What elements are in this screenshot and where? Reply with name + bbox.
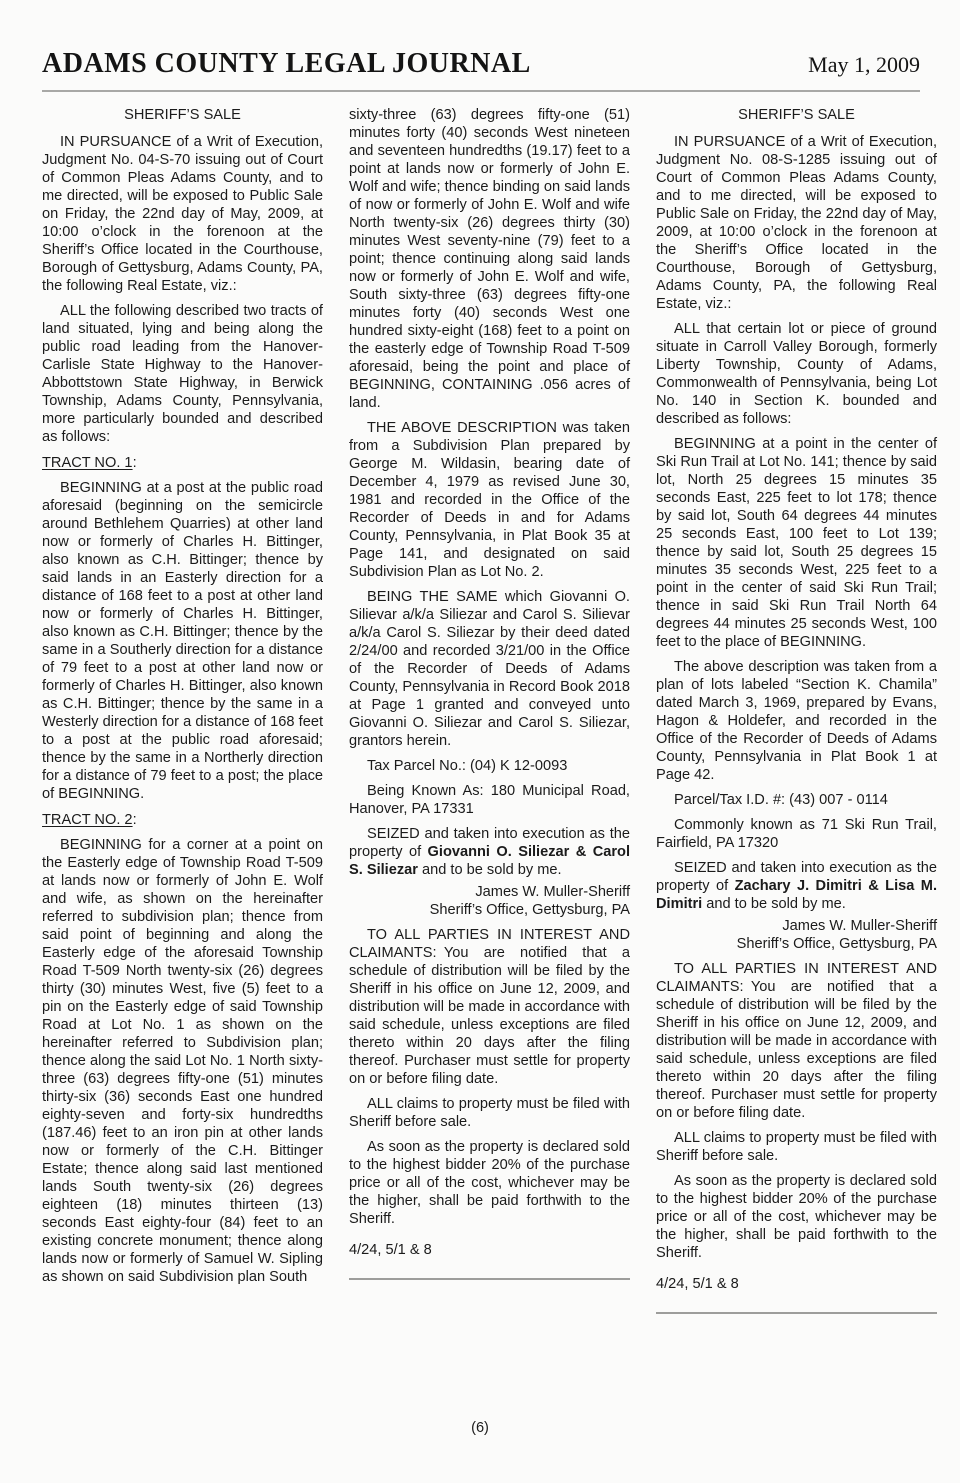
paragraph: The above description was taken from a p… [656, 658, 937, 784]
paragraph: Being Known As: 180 Municipal Road, Hano… [349, 782, 630, 818]
page-number: (6) [471, 1420, 489, 1436]
paragraph: TO ALL PARTIES IN INTEREST AND CLAIMANTS… [656, 960, 937, 1122]
tract-heading: TRACT NO. 2: [42, 811, 323, 829]
signature-line: James W. Muller-Sheriff [349, 883, 630, 901]
paragraph: BEGINNING for a corner at a point on the… [42, 836, 323, 1286]
page-header: ADAMS COUNTY LEGAL JOURNAL May 1, 2009 [42, 48, 920, 80]
paragraph: SEIZED and taken into execution as the p… [656, 859, 937, 913]
publication-code: 4/24, 5/1 & 8 [349, 1241, 630, 1259]
tract-heading-text: TRACT NO. 2 [42, 812, 133, 828]
column-3: SHERIFF’S SALEIN PURSUANCE of a Writ of … [656, 106, 937, 1314]
column-1: SHERIFF’S SALEIN PURSUANCE of a Writ of … [42, 106, 323, 1314]
paragraph: ALL the following described two tracts o… [42, 302, 323, 446]
paragraph: ALL claims to property must be filed wit… [656, 1129, 937, 1165]
paragraph: ALL claims to property must be filed wit… [349, 1095, 630, 1131]
paragraph: Commonly known as 71 Ski Run Trail, Fair… [656, 816, 937, 852]
header-rule [42, 90, 920, 92]
paragraph: BEING THE SAME which Giovanni O. Silieva… [349, 588, 630, 750]
paragraph: BEGINNING at a point in the center of Sk… [656, 435, 937, 651]
journal-title: ADAMS COUNTY LEGAL JOURNAL [42, 48, 531, 80]
paragraph: IN PURSUANCE of a Writ of Execution, Jud… [42, 133, 323, 295]
paragraph: BEGINNING at a post at the public road a… [42, 479, 323, 803]
paragraph: As soon as the property is declared sold… [349, 1138, 630, 1228]
paragraph: IN PURSUANCE of a Writ of Execution, Jud… [656, 133, 937, 313]
paragraph: sixty-three (63) degrees fifty-one (51) … [349, 106, 630, 412]
paragraph-text: and to be sold by me. [418, 862, 562, 878]
issue-date: May 1, 2009 [808, 52, 920, 78]
separator-rule [349, 1278, 630, 1280]
signature-block: James W. Muller-SheriffSheriff’s Office,… [656, 917, 937, 953]
page-footer: (6) [0, 1420, 960, 1436]
separator-rule [656, 1312, 937, 1314]
paragraph: THE ABOVE DESCRIPTION was taken from a S… [349, 419, 630, 581]
paragraph: As soon as the property is declared sold… [656, 1172, 937, 1262]
section-heading: SHERIFF’S SALE [42, 106, 323, 124]
tract-heading-text: TRACT NO. 1 [42, 455, 133, 471]
paragraph: SEIZED and taken into execution as the p… [349, 825, 630, 879]
signature-line: Sheriff’s Office, Gettysburg, PA [349, 901, 630, 919]
paragraph: Parcel/Tax I.D. #: (43) 007 - 0114 [656, 791, 937, 809]
article-columns: SHERIFF’S SALEIN PURSUANCE of a Writ of … [42, 106, 937, 1314]
paragraph-text: and to be sold by me. [702, 896, 846, 912]
tract-heading: TRACT NO. 1: [42, 454, 323, 472]
paragraph: TO ALL PARTIES IN INTEREST AND CLAIMANTS… [349, 926, 630, 1088]
paragraph: ALL that certain lot or piece of ground … [656, 320, 937, 428]
signature-line: Sheriff’s Office, Gettysburg, PA [656, 935, 937, 953]
signature-block: James W. Muller-SheriffSheriff’s Office,… [349, 883, 630, 919]
publication-code: 4/24, 5/1 & 8 [656, 1275, 937, 1293]
legal-journal-page: ADAMS COUNTY LEGAL JOURNAL May 1, 2009 S… [0, 0, 960, 1483]
paragraph: Tax Parcel No.: (04) K 12-0093 [349, 757, 630, 775]
signature-line: James W. Muller-Sheriff [656, 917, 937, 935]
section-heading: SHERIFF’S SALE [656, 106, 937, 124]
column-2: sixty-three (63) degrees fifty-one (51) … [349, 106, 630, 1314]
